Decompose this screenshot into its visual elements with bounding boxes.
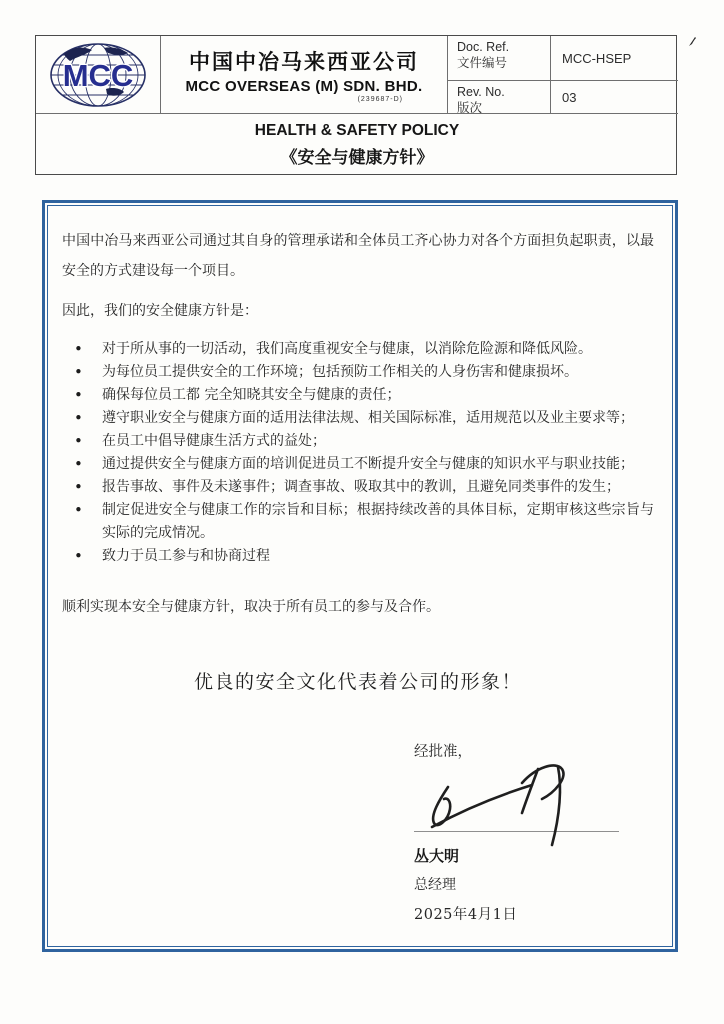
slogan-line: 优良的安全文化代表着公司的形象！	[62, 667, 654, 694]
doc-ref-label-cn: 文件编号	[457, 55, 507, 70]
approval-block: 经批准， 丛大明 总经理 2025年4月1日	[414, 740, 659, 924]
document-title-en: HEALTH & SAFETY POLICY	[255, 122, 459, 140]
policy-item: 在员工中倡导健康生活方式的益处；	[62, 430, 654, 453]
doc-ref-label-cell: Doc. Ref. 文件编号	[448, 36, 551, 81]
rev-no-label-en: Rev. No.	[457, 85, 505, 99]
intro-paragraph: 中国中冶马来西亚公司通过其自身的管理承诺和全体员工齐心协力对各个方面担负起职责，…	[62, 226, 654, 286]
closing-line: 顺利实现本安全与健康方针，取决于所有员工的参与及合作。	[62, 596, 654, 619]
policy-border-box: 中国中冶马来西亚公司通过其自身的管理承诺和全体员工齐心协力对各个方面担负起职责，…	[42, 200, 678, 952]
company-logo: MCC	[36, 36, 161, 113]
policy-item: 遵守职业安全与健康方面的适用法律法规、相关国际标准，适用规范以及业主要求等；	[62, 407, 654, 430]
approver-title: 总经理	[414, 874, 659, 894]
policy-item: 制定促进安全与健康工作的宗旨和目标；根据持续改善的具体目标，定期审核这些宗旨与实…	[62, 499, 654, 545]
company-name-en: MCC OVERSEAS (M) SDN. BHD.	[186, 78, 423, 95]
policy-content: 中国中冶马来西亚公司通过其自身的管理承诺和全体员工齐心协力对各个方面担负起职责，…	[47, 205, 673, 947]
logo-text: MCC	[63, 58, 134, 93]
mcc-globe-logo-icon: MCC	[46, 41, 150, 109]
pen-mark-artifact	[687, 36, 697, 48]
policy-item: 为每位员工提供安全的工作环境；包括预防工作相关的人身伤害和健康损坏。	[62, 361, 654, 384]
policy-bullet-list: 对于所从事的一切活动，我们高度重视安全与健康，以消除危险源和降低风险。 为每位员…	[62, 338, 654, 568]
signature-handwriting	[410, 757, 630, 857]
signature-area	[414, 761, 659, 845]
doc-ref-value-cell: MCC-HSEP	[551, 36, 678, 81]
policy-item: 致力于员工参与和协商过程	[62, 545, 654, 568]
company-name-cn: 中国中冶马来西亚公司	[189, 46, 419, 76]
policy-item: 对于所从事的一切活动，我们高度重视安全与健康，以消除危险源和降低风险。	[62, 338, 654, 361]
doc-ref-label-en: Doc. Ref.	[457, 40, 509, 54]
policy-item: 确保每位员工都 完全知晓其安全与健康的责任；	[62, 384, 654, 407]
policy-item: 报告事故、事件及未遂事件；调查事故、吸取其中的教训，且避免同类事件的发生；	[62, 476, 654, 499]
doc-ref-value: MCC-HSEP	[551, 36, 678, 80]
company-name-block: 中国中冶马来西亚公司 MCC OVERSEAS (M) SDN. BHD. (2…	[161, 36, 448, 113]
rev-no-value-cell: 03	[551, 81, 678, 113]
policy-item: 通过提供安全与健康方面的培训促进员工不断提升安全与健康的知识水平与职业技能；	[62, 453, 654, 476]
document-title-block: HEALTH & SAFETY POLICY 《安全与健康方针》	[36, 113, 678, 176]
document-title-cn: 《安全与健康方针》	[281, 143, 434, 168]
approval-date: 2025年4月1日	[414, 903, 659, 924]
rev-no-value: 03	[551, 81, 678, 113]
document-page: MCC 中国中冶马来西亚公司 MCC OVERSEAS (M) SDN. BHD…	[0, 0, 724, 1024]
rev-no-label-cell: Rev. No. 版次	[448, 81, 551, 113]
lead-in-line: 因此，我们的安全健康方针是：	[62, 300, 654, 323]
company-reg-no: (239687-D)	[358, 96, 403, 103]
header-table: MCC 中国中冶马来西亚公司 MCC OVERSEAS (M) SDN. BHD…	[35, 35, 677, 175]
